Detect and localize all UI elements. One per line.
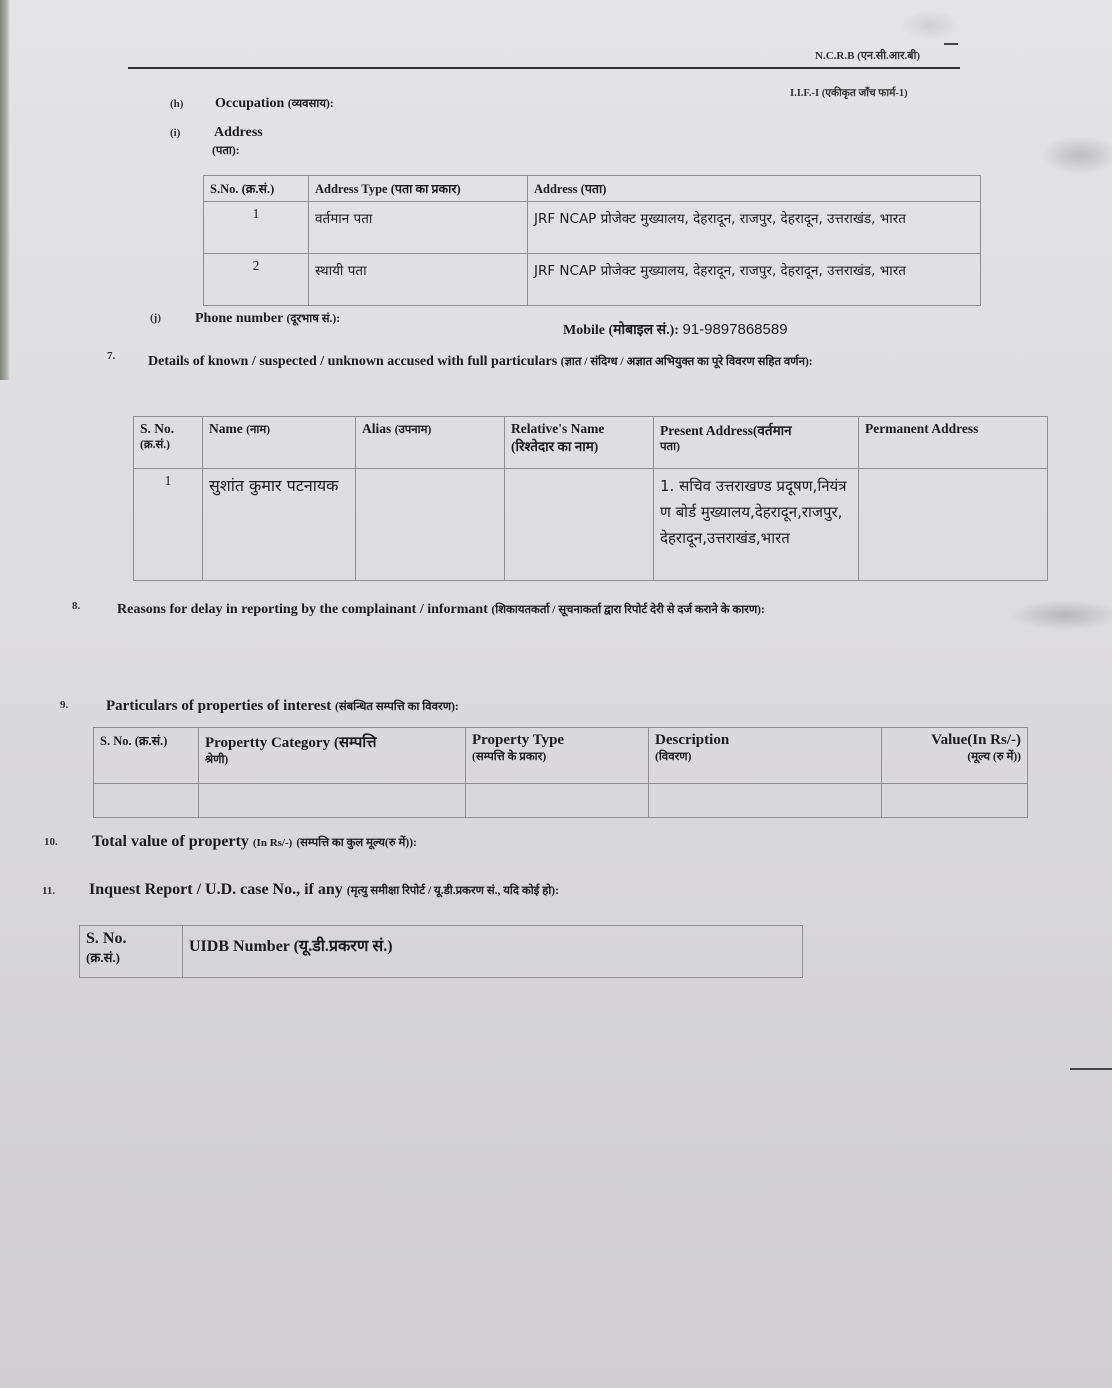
cell-description bbox=[649, 784, 882, 818]
section10-title-hi: (सम्पत्ति का कुल मूल्य(रु में)): bbox=[296, 837, 417, 849]
section7-title-en: Details of known / suspected / unknown a… bbox=[148, 354, 557, 369]
occupation-label: Occupation (व्यवसाय): bbox=[215, 96, 334, 112]
section8-title: Reasons for delay in reporting by the co… bbox=[117, 600, 987, 620]
accused-table: S. No.(क्र.सं.) Name (नाम) Alias (उपनाम)… bbox=[133, 416, 1048, 581]
section11-title: Inquest Report / U.D. case No., if any (… bbox=[89, 881, 559, 899]
cell-sno: 1 bbox=[134, 469, 203, 581]
section8-title-hi: (शिकायतकर्ता / सूचनाकर्ता द्वारा रिपोर्ट… bbox=[491, 604, 764, 616]
cell-address: JRF NCAP प्रोजेक्ट मुख्यालय, देहरादून, र… bbox=[528, 202, 981, 254]
col-present-address: Present Address(वर्तमानपता) bbox=[654, 417, 859, 469]
col-present-hi: पता) bbox=[660, 439, 852, 454]
col-name-hi: (नाम) bbox=[246, 424, 270, 436]
col-sno-en: S. No. bbox=[86, 930, 176, 948]
mobile-label: Mobile (मोबाइल सं.): bbox=[563, 323, 679, 338]
col-description-en: Description bbox=[655, 732, 875, 749]
col-sno-hi: (क्र.सं.) bbox=[140, 437, 196, 452]
inquest-table: S. No.(क्र.सं.) UIDB Number (यू.डी.प्रकर… bbox=[79, 925, 803, 978]
mobile-field: Mobile (मोबाइल सं.): 91-9897868589 bbox=[563, 320, 788, 339]
col-name-en: Name bbox=[209, 421, 243, 436]
section8-title-en: Reasons for delay in reporting by the co… bbox=[117, 602, 488, 617]
col-category-en: Propertty Category (सम्पत्ति bbox=[205, 732, 459, 752]
section7-number: 7. bbox=[107, 350, 115, 362]
cell-address-type: वर्तमान पता bbox=[309, 202, 528, 254]
page-edge-shadow bbox=[0, 0, 10, 380]
section9-number: 9. bbox=[60, 699, 68, 711]
occupation-index: (h) bbox=[170, 98, 183, 110]
header-org: N.C.R.B (एन.सी.आर.बी) bbox=[815, 48, 920, 63]
address-index: (i) bbox=[170, 127, 180, 139]
col-type-en: Property Type bbox=[472, 732, 642, 749]
header-rule bbox=[128, 67, 960, 69]
phone-label-en: Phone number bbox=[195, 311, 283, 326]
occupation-label-en: Occupation bbox=[215, 96, 284, 111]
cell-permanent-address bbox=[859, 469, 1048, 581]
scan-mark bbox=[1070, 1068, 1112, 1070]
table-row: 1 सुशांत कुमार पटनायक 1. सचिव उत्तराखण्ड… bbox=[134, 469, 1048, 581]
phone-label-hi: (दूरभाष सं.): bbox=[287, 313, 341, 325]
table-row: 1 वर्तमान पता JRF NCAP प्रोजेक्ट मुख्याल… bbox=[204, 202, 981, 254]
cell-name: सुशांत कुमार पटनायक bbox=[203, 469, 356, 581]
col-permanent-address: Permanent Address bbox=[859, 417, 1048, 469]
col-sno: S. No.(क्र.सं.) bbox=[134, 417, 203, 469]
cell-value bbox=[882, 784, 1028, 818]
cell-sno bbox=[94, 784, 199, 818]
col-property-type: Property Type(सम्पत्ति के प्रकार) bbox=[466, 728, 649, 784]
col-sno-hi: (क्र.सं.) bbox=[86, 948, 176, 966]
cell-category bbox=[199, 784, 466, 818]
col-relative-en: Relative's Name bbox=[511, 421, 647, 437]
section9-title-en: Particulars of properties of interest bbox=[106, 698, 331, 714]
mobile-value: 91-9897868589 bbox=[682, 321, 787, 338]
address-table-header: S.No. (क्र.सं.) Address Type (पता का प्र… bbox=[204, 176, 981, 202]
property-table: S. No. (क्र.सं.) Propertty Category (सम्… bbox=[93, 727, 1028, 818]
section9-title-hi: (संबन्धित सम्पत्ति का विवरण): bbox=[335, 701, 459, 713]
table-row: 2 स्थायी पता JRF NCAP प्रोजेक्ट मुख्यालय… bbox=[204, 254, 981, 306]
col-sno-en: S. No. bbox=[140, 421, 196, 437]
col-sno: S. No. (क्र.सं.) bbox=[94, 728, 199, 784]
section10-title-en: Total value of property bbox=[92, 833, 249, 850]
cell-sno: 2 bbox=[204, 254, 309, 306]
col-value-en: Value(In Rs/-) bbox=[888, 732, 1021, 749]
cell-type bbox=[466, 784, 649, 818]
col-sno: S.No. (क्र.सं.) bbox=[204, 176, 309, 202]
section11-title-hi: (मृत्यु समीक्षा रिपोर्ट / यू.डी.प्रकरण स… bbox=[347, 885, 559, 897]
section11-title-en: Inquest Report / U.D. case No., if any bbox=[89, 881, 343, 898]
property-table-header: S. No. (क्र.सं.) Propertty Category (सम्… bbox=[94, 728, 1028, 784]
section10-title: Total value of property (In Rs/-) (सम्पत… bbox=[92, 833, 417, 851]
cell-address-type: स्थायी पता bbox=[309, 254, 528, 306]
cell-alias bbox=[356, 469, 505, 581]
phone-label: Phone number (दूरभाष सं.): bbox=[195, 311, 340, 327]
scan-smudge bbox=[1010, 600, 1112, 630]
address-label-hi: (पता): bbox=[212, 143, 240, 158]
col-value: Value(In Rs/-)(मूल्य (रु में)) bbox=[882, 728, 1028, 784]
col-relative-name: Relative's Name(रिश्तेदार का नाम) bbox=[505, 417, 654, 469]
cell-relative-name bbox=[505, 469, 654, 581]
phone-index: (j) bbox=[150, 312, 161, 324]
col-alias-en: Alias bbox=[362, 421, 391, 436]
col-alias-hi: (उपनाम) bbox=[395, 424, 432, 436]
address-label: Address bbox=[214, 125, 263, 141]
col-category-hi: श्रेणी) bbox=[205, 752, 459, 767]
section10-unit: (In Rs/-) bbox=[253, 837, 292, 849]
section9-title: Particulars of properties of interest (स… bbox=[106, 698, 459, 715]
cell-address: JRF NCAP प्रोजेक्ट मुख्यालय, देहरादून, र… bbox=[528, 254, 981, 306]
cell-sno: 1 bbox=[204, 202, 309, 254]
col-description: Description(विवरण) bbox=[649, 728, 882, 784]
inquest-table-header: S. No.(क्र.सं.) UIDB Number (यू.डी.प्रकर… bbox=[80, 926, 803, 978]
table-row bbox=[94, 784, 1028, 818]
address-table: S.No. (क्र.सं.) Address Type (पता का प्र… bbox=[203, 175, 981, 306]
occupation-label-hi: (व्यवसाय): bbox=[288, 98, 334, 110]
scan-smudge bbox=[900, 10, 960, 40]
col-description-hi: (विवरण) bbox=[655, 749, 875, 764]
col-type-hi: (सम्पत्ति के प्रकार) bbox=[472, 749, 642, 764]
section7-title-hi: (ज्ञात / संदिग्ध / अज्ञात अभियुक्त का पू… bbox=[561, 356, 813, 368]
header-form-name: I.I.F.-I (एकीकृत जाँच फार्म-1) bbox=[790, 86, 908, 100]
col-name: Name (नाम) bbox=[203, 417, 356, 469]
section7-title: Details of known / suspected / unknown a… bbox=[148, 352, 988, 372]
cell-present-address: 1. सचिव उत्तराखण्ड प्रदूषण,नियंत्रण बोर्… bbox=[654, 469, 859, 581]
col-present-en: Present Address(वर्तमान bbox=[660, 421, 852, 439]
col-address: Address (पता) bbox=[528, 176, 981, 202]
section10-number: 10. bbox=[44, 836, 58, 848]
scan-mark bbox=[944, 43, 958, 45]
scan-smudge bbox=[1040, 135, 1112, 175]
col-alias: Alias (उपनाम) bbox=[356, 417, 505, 469]
col-sno: S. No.(क्र.सं.) bbox=[80, 926, 183, 978]
col-relative-hi: (रिश्तेदार का नाम) bbox=[511, 437, 647, 455]
col-property-category: Propertty Category (सम्पत्तिश्रेणी) bbox=[199, 728, 466, 784]
section11-number: 11. bbox=[42, 885, 55, 897]
col-value-hi: (मूल्य (रु में)) bbox=[888, 749, 1021, 764]
accused-table-header: S. No.(क्र.सं.) Name (नाम) Alias (उपनाम)… bbox=[134, 417, 1048, 469]
col-permanent-en: Permanent Address bbox=[865, 421, 1041, 437]
col-uidb-number: UIDB Number (यू.डी.प्रकरण सं.) bbox=[183, 926, 803, 978]
section8-number: 8. bbox=[72, 600, 80, 612]
col-address-type: Address Type (पता का प्रकार) bbox=[309, 176, 528, 202]
